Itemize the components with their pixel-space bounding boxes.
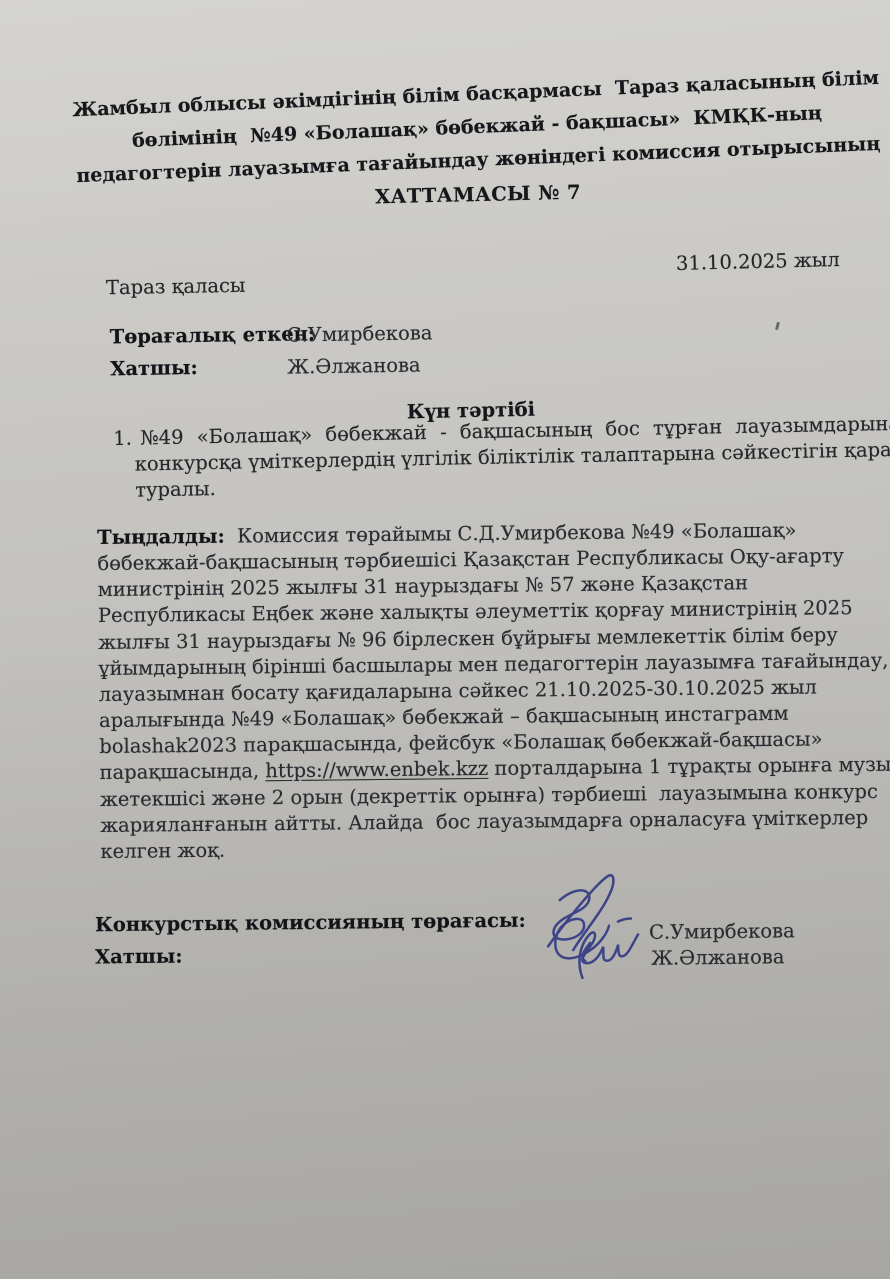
scanned-protocol-page: Жамбыл облысы әкімдігінің білім басқарма… (0, 0, 890, 1279)
link-pre-text: парақшасында, (99, 760, 265, 785)
listened-paragraph: Тыңдалды: Комиссия төрайымы С.Д.Умирбеко… (97, 517, 871, 865)
document-header: Жамбыл облысы әкімдігінің білім басқарма… (63, 62, 890, 194)
chairperson-label: Төрағалық еткен: (110, 322, 316, 348)
ink-speck (775, 322, 780, 330)
link-post-text: порталдарына 1 тұрақты орынға музыка (488, 753, 890, 780)
enbek-portal-url: https://www.enbek.kzz (265, 757, 488, 782)
protocol-city: Тараз қаласы (106, 274, 246, 299)
secretary-label: Хатшы: (110, 356, 198, 380)
agenda-item-number: 1. (113, 425, 140, 451)
officials-block: Төрағалық еткен: С.Умирбекова Хатшы: Ж.Ә… (110, 319, 541, 389)
handwritten-signatures (479, 847, 680, 1009)
agenda-item-1: 1.№49 «Болашақ» бөбекжай - бақшасының бо… (113, 412, 854, 504)
chair-signature-dash-icon (618, 919, 631, 922)
commission-chair-label: Конкурстық комиссияның төрағасы: (95, 909, 526, 937)
secretary-name: Ж.Әлжанова (287, 353, 421, 378)
secretary-row: Хатшы: Ж.Әлжанова (110, 350, 540, 388)
protocol-date: 31.10.2025 жыл (676, 248, 840, 275)
listened-text: Комиссия төрайымы С.Д.Умирбекова №49 «Бо… (225, 519, 797, 548)
commission-secretary-label: Хатшы: (95, 945, 183, 969)
listened-label: Тыңдалды: (97, 525, 225, 549)
secretary-signature-icon (579, 932, 638, 978)
chairperson-name: С.Умирбекова (287, 321, 433, 346)
